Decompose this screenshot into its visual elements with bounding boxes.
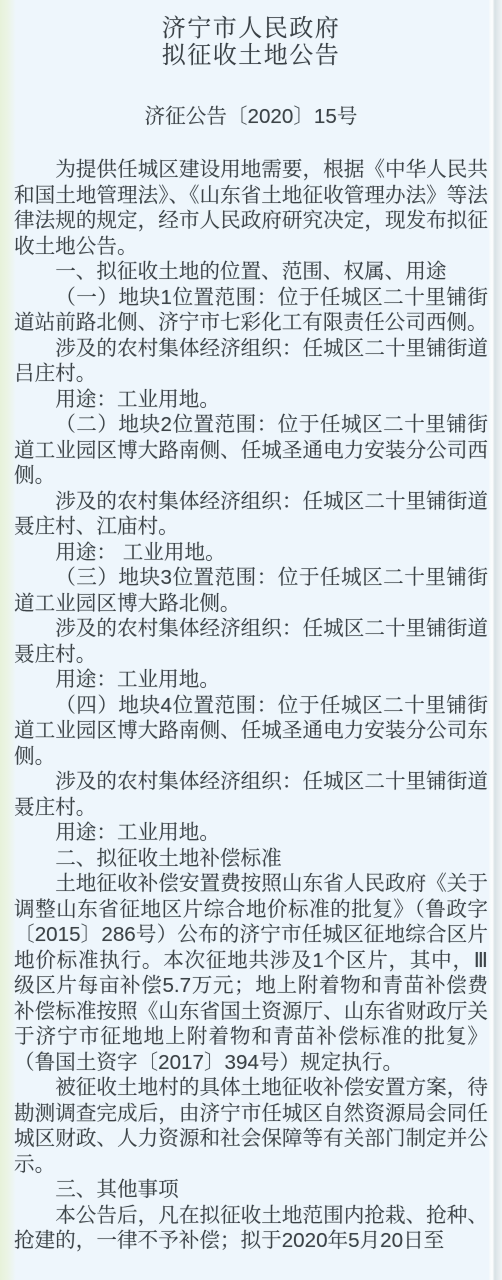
document-number: 济征公告〔2020〕15号 bbox=[14, 104, 488, 129]
paragraph: 为提供任城区建设用地需要，根据《中华人民共和国土地管理法》、《山东省土地征收管理… bbox=[14, 157, 488, 259]
paragraph: 涉及的农村集体经济组织：任城区二十里铺街道聂庄村。 bbox=[14, 769, 488, 820]
document-title-line1: 济宁市人民政府 bbox=[14, 15, 488, 42]
page-right-edge-strip bbox=[489, 0, 502, 1280]
paragraph: 二、拟征收土地补偿标准 bbox=[14, 846, 488, 872]
paragraph: （三）地块3位置范围：位于任城区二十里铺街道工业园区博大路北侧。 bbox=[14, 565, 488, 616]
paragraph: 一、拟征收土地的位置、范围、权属、用途 bbox=[14, 259, 488, 285]
paragraph: 用途：工业用地。 bbox=[14, 667, 488, 693]
paragraph: （二）地块2位置范围：位于任城区二十里铺街道工业园区博大路南侧、任城圣通电力安装… bbox=[14, 412, 488, 489]
document-content: 济宁市人民政府 拟征收土地公告 济征公告〔2020〕15号 为提供任城区建设用地… bbox=[14, 0, 488, 1254]
paragraph: 用途：工业用地。 bbox=[14, 820, 488, 846]
paragraph: （四）地块4位置范围：位于任城区二十里铺街道工业园区博大路南侧、任城圣通电力安装… bbox=[14, 693, 488, 770]
document-title-line2: 拟征收土地公告 bbox=[14, 42, 488, 69]
paragraph: 三、其他事项 bbox=[14, 1177, 488, 1203]
paragraph: 涉及的农村集体经济组织：任城区二十里铺街道吕庄村。 bbox=[14, 336, 488, 387]
paragraph: （一）地块1位置范围：位于任城区二十里铺街道站前路北侧、济宁市七彩化工有限责任公… bbox=[14, 285, 488, 336]
paragraph: 土地征收补偿安置费按照山东省人民政府《关于调整山东省征地区片综合地价标准的批复》… bbox=[14, 871, 488, 1075]
paragraph: 涉及的农村集体经济组织：任城区二十里铺街道聂庄村。 bbox=[14, 616, 488, 667]
announcement-page: 济宁市人民政府 拟征收土地公告 济征公告〔2020〕15号 为提供任城区建设用地… bbox=[0, 0, 502, 1280]
paragraph: 本公告后，凡在拟征收土地范围内抢栽、抢种、抢建的，一律不予补偿；拟于2020年5… bbox=[14, 1203, 488, 1254]
paragraph: 涉及的农村集体经济组织：任城区二十里铺街道聂庄村、江庙村。 bbox=[14, 489, 488, 540]
paragraph: 用途：工业用地。 bbox=[14, 387, 488, 413]
paragraph: 用途： 工业用地。 bbox=[14, 540, 488, 566]
document-title: 济宁市人民政府 拟征收土地公告 bbox=[14, 15, 488, 69]
document-body: 为提供任城区建设用地需要，根据《中华人民共和国土地管理法》、《山东省土地征收管理… bbox=[14, 157, 488, 1254]
paragraph: 被征收土地村的具体土地征收补偿安置方案，待勘测调查完成后，由济宁市任城区自然资源… bbox=[14, 1075, 488, 1177]
